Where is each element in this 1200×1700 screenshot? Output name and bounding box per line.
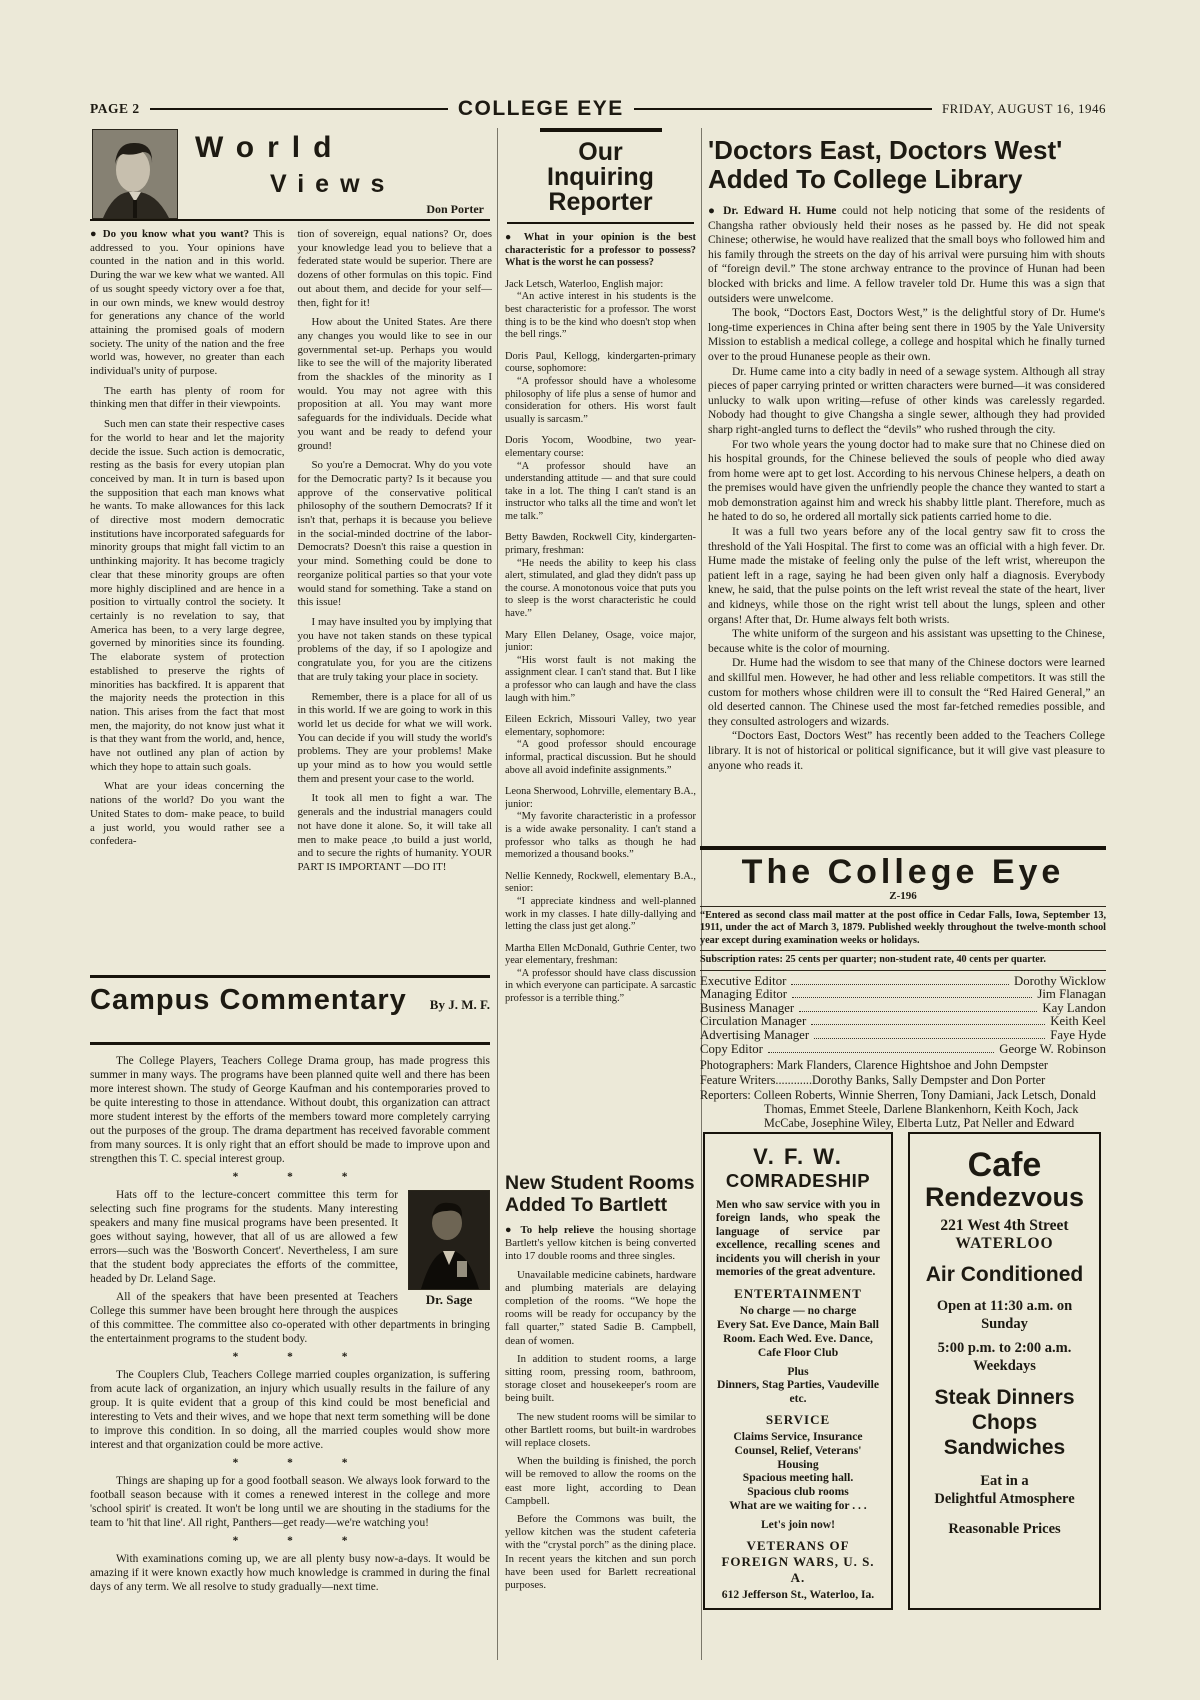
section-separator: * * * bbox=[90, 1170, 490, 1184]
paragraph: Dr. Hume came into a city badly in need … bbox=[708, 365, 1105, 438]
paragraph: The Couplers Club, Teachers College marr… bbox=[90, 1368, 490, 1452]
world-views-title-word1: World bbox=[195, 131, 344, 165]
title-line: Added To Bartlett bbox=[505, 1194, 696, 1216]
bartlett-article-body: ● To help relieve the housing shortage B… bbox=[505, 1224, 696, 1592]
staff-name: Kay Landon bbox=[1042, 1002, 1106, 1016]
vfw-section-heading: SERVICE bbox=[716, 1412, 880, 1428]
world-views-article: ● Do you know what you want? This is add… bbox=[90, 228, 492, 972]
respondent: Jack Letsch, Waterloo, English major: bbox=[505, 279, 696, 292]
title-line: 'Doctors East, Doctors West' bbox=[708, 136, 1105, 165]
newspaper-page: PAGE 2 COLLEGE EYE FRIDAY, AUGUST 16, 19… bbox=[0, 0, 1200, 1700]
paragraph: Such men can state their respective case… bbox=[90, 418, 285, 774]
staff-name: Jim Flanagan bbox=[1037, 988, 1106, 1002]
doctors-article-title: 'Doctors East, Doctors West' Added To Co… bbox=[708, 136, 1105, 194]
staff-name: Dorothy Wicklow bbox=[1014, 975, 1106, 989]
respondent: Eileen Eckrich, Missouri Valley, two yea… bbox=[505, 714, 696, 739]
respondent-quote: “His worst fault is not making the assig… bbox=[505, 655, 696, 705]
paragraph: The book, “Doctors East, Doctors West,” … bbox=[708, 306, 1105, 364]
respondent: Doris Yocom, Woodbine, two year-elementa… bbox=[505, 435, 696, 460]
respondent: Martha Ellen McDonald, Guthrie Center, t… bbox=[505, 943, 696, 968]
header-rule-right bbox=[634, 108, 932, 111]
bartlett-article-title: New Student Rooms Added To Bartlett bbox=[505, 1172, 696, 1216]
respondent-quote: “An active interest in his students is t… bbox=[505, 291, 696, 341]
masthead-code: Z-196 bbox=[700, 890, 1106, 902]
campus-commentary-title: Campus Commentary bbox=[90, 984, 407, 1017]
cafe-tagline: Delightful Atmosphere bbox=[920, 1490, 1089, 1508]
bartlett-rooms-article: New Student Rooms Added To Bartlett ● To… bbox=[505, 1172, 696, 1692]
paragraph: Things are shaping up for a good footbal… bbox=[90, 1474, 490, 1530]
respondent-quote: “My favorite characteristic in a profess… bbox=[505, 811, 696, 861]
staff-row: Managing EditorJim Flanagan bbox=[700, 988, 1106, 1002]
vfw-ad-subtitle: COMRADESHIP bbox=[716, 1170, 880, 1192]
hairline-rule bbox=[700, 950, 1106, 951]
cafe-address: 221 West 4th Street bbox=[920, 1216, 1089, 1235]
staff-name: Faye Hyde bbox=[1050, 1029, 1106, 1043]
campus-title-rule bbox=[90, 1042, 490, 1045]
paragraph: “Doctors East, Doctors West” has recentl… bbox=[708, 729, 1105, 773]
respondent: Leona Sherwood, Lohrville, elementary B.… bbox=[505, 786, 696, 811]
vfw-ad-line: What are we waiting for . . . bbox=[716, 1499, 880, 1513]
question-lead: ● What in your opinion is the best chara… bbox=[505, 232, 696, 270]
paragraph: In addition to student rooms, a large si… bbox=[505, 1353, 696, 1406]
inquiring-reporter-title: Our Inquiring Reporter bbox=[505, 140, 696, 215]
respondent: Betty Bawden, Rockwell City, kindergarte… bbox=[505, 532, 696, 557]
staff-list: Executive EditorDorothy Wicklow Managing… bbox=[700, 975, 1106, 1057]
inquiring-reporter-body: ● What in your opinion is the best chara… bbox=[505, 232, 696, 1006]
inquiring-reporter-section: Our Inquiring Reporter ● What in your op… bbox=[505, 128, 696, 1168]
paragraph: ● Do you know what you want? This is add… bbox=[90, 228, 285, 379]
paragraph: ● Dr. Edward H. Hume could not help noti… bbox=[708, 204, 1105, 306]
doctors-article-body: ● Dr. Edward H. Hume could not help noti… bbox=[708, 204, 1105, 773]
world-views-column-1: ● Do you know what you want? This is add… bbox=[90, 228, 285, 972]
vfw-org-name: VETERANS OF FOREIGN WARS, U. S. A. bbox=[716, 1538, 880, 1586]
masthead-box: The College Eye Z-196 “Entered as second… bbox=[700, 846, 1106, 1144]
paragraph: How about the United States. Are there a… bbox=[298, 316, 493, 453]
paragraph-text: could not help noticing that some of the… bbox=[708, 205, 1105, 305]
issue-date: FRIDAY, AUGUST 16, 1946 bbox=[942, 101, 1106, 117]
cafe-tagline: Eat in a bbox=[920, 1472, 1089, 1490]
section-separator: * * * bbox=[90, 1534, 490, 1548]
inquiring-top-rule bbox=[540, 128, 662, 132]
paragraph: ● To help relieve the housing shortage B… bbox=[505, 1224, 696, 1264]
campus-top-rule bbox=[90, 975, 490, 978]
paragraph: When the building is finished, the porch… bbox=[505, 1455, 696, 1508]
advertisements: V. F. W. COMRADESHIP Men who saw service… bbox=[703, 1132, 1101, 1610]
staff-role: Copy Editor bbox=[700, 1043, 763, 1057]
dot-leader bbox=[799, 1011, 1037, 1012]
cafe-hours: Open at 11:30 a.m. on Sunday bbox=[920, 1297, 1089, 1333]
cafe-hours: 5:00 p.m. to 2:00 a.m. bbox=[920, 1339, 1089, 1357]
staff-row: Advertising ManagerFaye Hyde bbox=[700, 1029, 1106, 1043]
cafe-ad-title: Cafe bbox=[920, 1148, 1089, 1182]
respondent: Doris Paul, Kellogg, kindergarten-primar… bbox=[505, 351, 696, 376]
respondent-quote: “A professor should have a wholesome phi… bbox=[505, 376, 696, 426]
title-line: Inquiring bbox=[505, 165, 696, 190]
paragraph: Unavailable medicine cabinets, hardware … bbox=[505, 1269, 696, 1348]
world-views-column-2: tion of sovereign, equal nations? Or, do… bbox=[298, 228, 493, 972]
paragraph: tion of sovereign, equal nations? Or, do… bbox=[298, 228, 493, 310]
paragraph-lead: ● To help relieve bbox=[505, 1224, 594, 1236]
staff-row: Circulation ManagerKeith Keel bbox=[700, 1015, 1106, 1029]
staff-role: Managing Editor bbox=[700, 988, 787, 1002]
hairline-rule bbox=[700, 906, 1106, 907]
page-header: PAGE 2 COLLEGE EYE FRIDAY, AUGUST 16, 19… bbox=[90, 97, 1106, 121]
cafe-menu-item: Chops Sandwiches bbox=[920, 1410, 1089, 1460]
respondent-quote: “A good professor should encourage infor… bbox=[505, 739, 696, 777]
vfw-ad-line: Plus bbox=[716, 1365, 880, 1379]
paragraph: With examinations coming up, we are all … bbox=[90, 1552, 490, 1594]
feature-writers-credit: Feature Writers............Dorothy Banks… bbox=[700, 1073, 1106, 1087]
vfw-ad-line: Dinners, Stag Parties, Vaudeville etc. bbox=[716, 1378, 880, 1406]
photographers-credit: Photographers: Mark Flanders, Clarence H… bbox=[700, 1058, 1106, 1072]
world-views-byline: Don Porter bbox=[426, 202, 484, 217]
dr-sage-photo bbox=[408, 1190, 490, 1290]
photo-caption: Dr. Sage bbox=[408, 1293, 490, 1307]
vfw-ad-line: Claims Service, Insurance bbox=[716, 1430, 880, 1444]
staff-row: Copy EditorGeorge W. Robinson bbox=[700, 1043, 1106, 1057]
campus-commentary-header: Campus Commentary By J. M. F. bbox=[90, 984, 490, 1017]
vfw-ad: V. F. W. COMRADESHIP Men who saw service… bbox=[703, 1132, 893, 1610]
paragraph: I may have insulted you by implying that… bbox=[298, 616, 493, 685]
paragraph-lead: ● Dr. Edward H. Hume bbox=[708, 205, 836, 217]
respondent: Mary Ellen Delaney, Osage, voice major, … bbox=[505, 630, 696, 655]
paragraph: Before the Commons was built, the yellow… bbox=[505, 1513, 696, 1592]
paragraph: The College Players, Teachers College Dr… bbox=[90, 1054, 490, 1166]
respondent-quote: “A professor should have class discussio… bbox=[505, 968, 696, 1006]
staff-row: Business ManagerKay Landon bbox=[700, 1002, 1106, 1016]
dot-leader bbox=[792, 997, 1032, 998]
staff-name: Keith Keel bbox=[1050, 1015, 1106, 1029]
cafe-tagline: Reasonable Prices bbox=[920, 1520, 1089, 1538]
don-porter-photo bbox=[92, 129, 178, 219]
section-separator: * * * bbox=[90, 1456, 490, 1470]
respondent-quote: “I appreciate kindness and well-planned … bbox=[505, 896, 696, 934]
vfw-address: 612 Jefferson St., Waterloo, Ia. bbox=[716, 1588, 880, 1602]
respondent: Nellie Kennedy, Rockwell, elementary B.A… bbox=[505, 871, 696, 896]
staff-row: Executive EditorDorothy Wicklow bbox=[700, 975, 1106, 989]
paragraph: For two whole years the young doctor had… bbox=[708, 438, 1105, 526]
dr-sage-figure: Dr. Sage bbox=[408, 1190, 490, 1307]
newspaper-name: COLLEGE EYE bbox=[458, 97, 624, 121]
section-separator: * * * bbox=[90, 1350, 490, 1364]
cafe-rendezvous-ad: Cafe Rendezvous 221 West 4th Street WATE… bbox=[908, 1132, 1101, 1610]
vfw-ad-line: Spacious club rooms bbox=[716, 1485, 880, 1499]
inquiring-title-rule bbox=[507, 222, 694, 224]
paragraph-lead: ● Do you know what you want? bbox=[90, 228, 249, 240]
cafe-ad-title2: Rendezvous bbox=[920, 1182, 1089, 1212]
respondent-quote: “He needs the ability to keep his class … bbox=[505, 558, 696, 621]
cafe-menu-item: Steak Dinners bbox=[920, 1385, 1089, 1410]
paragraph: It was a full two years before any of th… bbox=[708, 525, 1105, 627]
paragraph: The earth has plenty of room for thinkin… bbox=[90, 385, 285, 412]
world-views-title-word2: Views bbox=[270, 170, 395, 199]
world-views-header: World Views Don Porter bbox=[90, 127, 490, 219]
dot-leader bbox=[814, 1038, 1045, 1039]
campus-commentary-byline: By J. M. F. bbox=[430, 997, 490, 1017]
staff-name: George W. Robinson bbox=[999, 1043, 1106, 1057]
dot-leader bbox=[768, 1052, 994, 1053]
vfw-ad-line: Spacious meeting hall. bbox=[716, 1471, 880, 1485]
vfw-ad-line: No charge — no charge bbox=[716, 1304, 880, 1318]
paragraph: The white uniform of the surgeon and his… bbox=[708, 627, 1105, 656]
doctors-east-article: 'Doctors East, Doctors West' Added To Co… bbox=[708, 136, 1105, 842]
page-number: PAGE 2 bbox=[90, 101, 140, 117]
paragraph: Remember, there is a place for all of us… bbox=[298, 691, 493, 787]
dot-leader bbox=[811, 1024, 1045, 1025]
staff-role: Business Manager bbox=[700, 1002, 794, 1016]
vfw-ad-body: Men who saw service with you in foreign … bbox=[716, 1199, 880, 1279]
title-line: Added To College Library bbox=[708, 165, 1105, 194]
hairline-rule bbox=[700, 970, 1106, 971]
respondent-quote: “A professor should have an understandin… bbox=[505, 461, 696, 524]
vfw-ad-line: Let's join now! bbox=[716, 1518, 880, 1532]
paragraph: It took all men to fight a war. The gene… bbox=[298, 792, 493, 874]
masthead-title: The College Eye bbox=[700, 854, 1106, 890]
world-views-header-rule bbox=[90, 219, 490, 221]
campus-photo-block: Dr. Sage Hats off to the lecture-concert… bbox=[90, 1188, 490, 1346]
paragraph: The new student rooms will be similar to… bbox=[505, 1411, 696, 1451]
paragraph: Dr. Hume had the wisdom to see that many… bbox=[708, 656, 1105, 729]
title-line: New Student Rooms bbox=[505, 1172, 696, 1194]
cafe-city: WATERLOO bbox=[920, 1235, 1089, 1253]
subscription-rates: Subscription rates: 25 cents per quarter… bbox=[700, 954, 1106, 966]
vfw-ad-line: Every Sat. Eve Dance, Main Ball Room. Ea… bbox=[716, 1318, 880, 1359]
cafe-feature: Air Conditioned bbox=[920, 1263, 1089, 1287]
column-divider bbox=[497, 128, 498, 1660]
paragraph-text: This is addressed to you. Your opinions … bbox=[90, 228, 285, 377]
vfw-ad-line: Counsel, Relief, Veterans' Housing bbox=[716, 1444, 880, 1472]
vfw-ad-title: V. F. W. bbox=[716, 1144, 880, 1170]
masthead-top-rule bbox=[700, 846, 1106, 850]
dot-leader bbox=[791, 984, 1009, 985]
staff-role: Executive Editor bbox=[700, 975, 786, 989]
title-line: Reporter bbox=[505, 190, 696, 215]
paragraph: What are your ideas concerning the natio… bbox=[90, 780, 285, 849]
campus-commentary-article: The College Players, Teachers College Dr… bbox=[90, 1054, 490, 1654]
paragraph: So you're a Democrat. Why do you vote fo… bbox=[298, 459, 493, 610]
header-rule-left bbox=[150, 108, 448, 111]
entry-notice: “Entered as second class mail matter at … bbox=[700, 910, 1106, 947]
staff-role: Circulation Manager bbox=[700, 1015, 806, 1029]
cafe-hours: Weekdays bbox=[920, 1357, 1089, 1375]
staff-role: Advertising Manager bbox=[700, 1029, 809, 1043]
vfw-section-heading: ENTERTAINMENT bbox=[716, 1286, 880, 1302]
title-line: Our bbox=[505, 140, 696, 165]
